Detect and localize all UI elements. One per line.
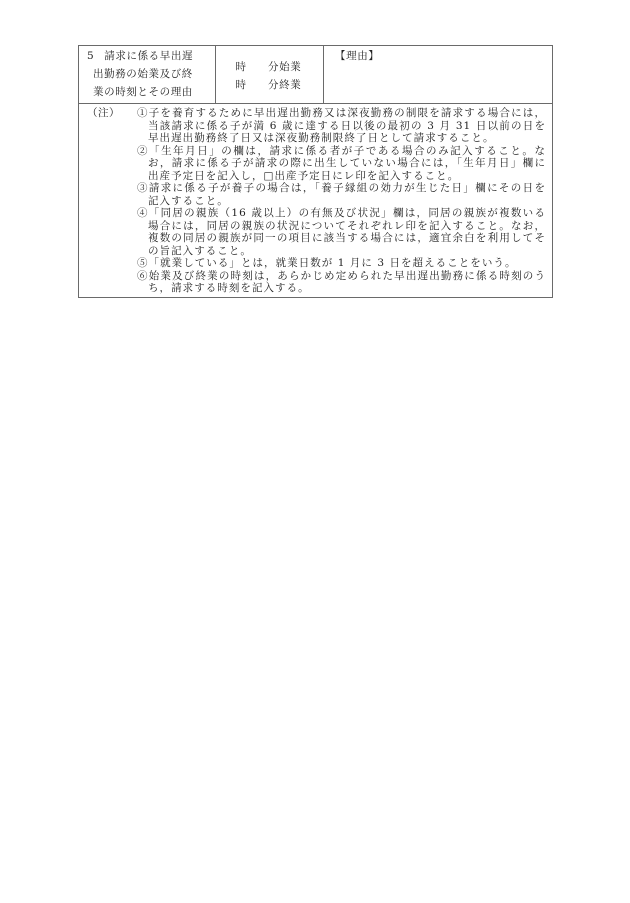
start-hour-unit: 時 [216,58,246,76]
item5-label-line3: 業の時刻とその理由 [87,83,215,101]
reason-field[interactable]: 【理由】 [324,46,552,103]
notes-section: （注） ①子を養育するために早出遅出勤務又は深夜勤務の制限を請求する場合には，当… [79,104,552,297]
item5-label-line2: 出勤務の始業及び終 [87,65,215,83]
item5-label-cell: 5請求に係る早出遅 出勤務の始業及び終 業の時刻とその理由 [79,46,216,103]
note-item-5: ⑤「就業している」とは，就業日数が 1 月に 3 日を超えることをいう。 [148,257,546,270]
time-cell[interactable]: 時 分始業 時 分終業 [216,46,324,103]
start-time-field[interactable]: 時 分始業 [216,58,323,76]
end-time-field[interactable]: 時 分終業 [216,76,323,94]
item5-row: 5請求に係る早出遅 出勤務の始業及び終 業の時刻とその理由 時 分始業 時 分終… [79,46,552,104]
note-item-4: ④「同居の親族（16 歳以上）の有無及び状況」欄は，同居の親族が複数いる場合には… [137,207,546,257]
start-minute-label: 分始業 [268,58,301,76]
end-minute-label: 分終業 [268,76,301,94]
note-item-2: ②「生年月日」の欄は，請求に係る者が子である場合のみ記入すること。なお，請求に係… [137,145,546,183]
notes-list: ①子を養育するために早出遅出勤務又は深夜勤務の制限を請求する場合には，当該請求に… [137,107,546,295]
reason-label: 【理由】 [335,50,379,62]
note-item-3: ③請求に係る子が養子の場合は，「養子縁組の効力が生じた日」欄にその日を記入するこ… [137,182,546,207]
item5-label-line1: 請求に係る早出遅 [104,50,193,62]
end-hour-unit: 時 [216,76,246,94]
notes-label: （注） [87,107,137,295]
item-number: 5 [87,50,94,62]
request-form-table: 5請求に係る早出遅 出勤務の始業及び終 業の時刻とその理由 時 分始業 時 分終… [78,45,553,298]
note-item-6: ⑥始業及び終業の時刻は，あらかじめ定められた早出遅出勤務に係る時刻のうち，請求す… [137,270,546,295]
note-item-1: ①子を養育するために早出遅出勤務又は深夜勤務の制限を請求する場合には，当該請求に… [137,107,546,145]
